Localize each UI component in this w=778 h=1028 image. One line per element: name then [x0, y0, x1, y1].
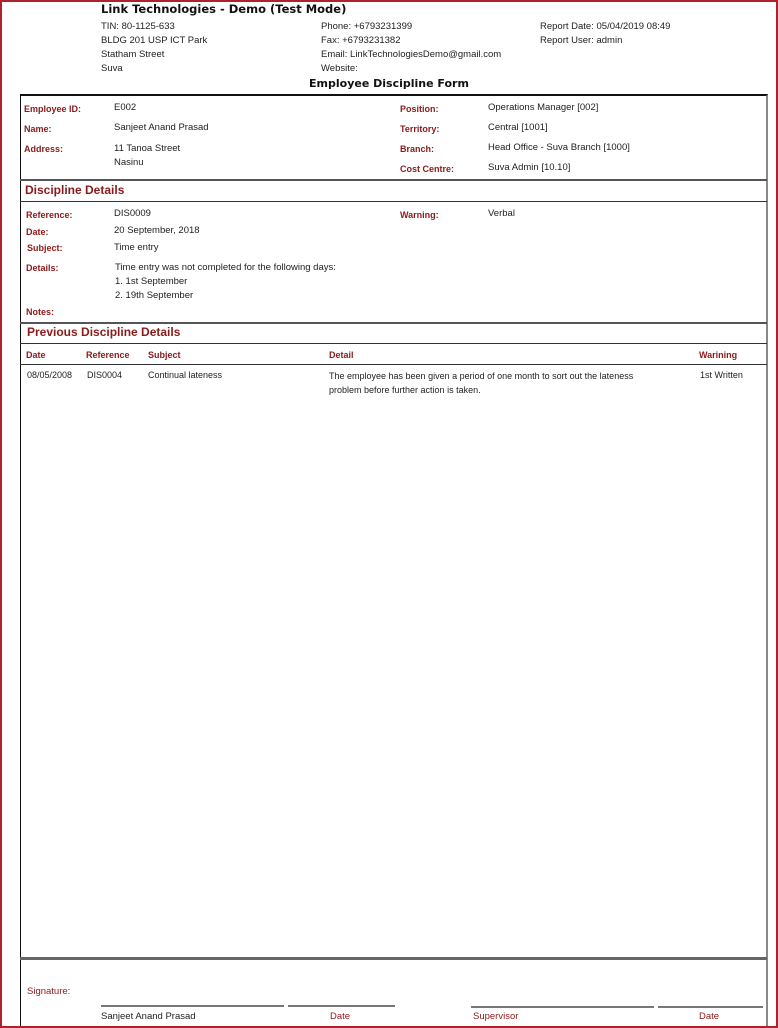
- details-line-3: 2. 19th September: [115, 290, 193, 301]
- position-value: Operations Manager [002]: [488, 102, 598, 113]
- notes-label: Notes:: [26, 307, 54, 317]
- row-date: 08/05/2008: [27, 368, 72, 382]
- date-value: 20 September, 2018: [114, 225, 200, 236]
- date-label: Date:: [26, 227, 49, 237]
- row-reference: DIS0004: [87, 368, 122, 382]
- employee-id-value: E002: [114, 102, 136, 113]
- row-detail-line-1: The employee has been given a period of …: [329, 369, 633, 383]
- subject-label: Subject:: [27, 243, 63, 253]
- employee-date-line: [288, 1005, 395, 1007]
- report-user: Report User: admin: [540, 35, 622, 46]
- company-address-1: BLDG 201 USP ICT Park: [101, 35, 207, 46]
- details-line-1: Time entry was not completed for the fol…: [115, 262, 336, 273]
- report-date: Report Date: 05/04/2019 08:49: [540, 21, 670, 32]
- company-website: Website:: [321, 63, 358, 74]
- divider: [20, 201, 767, 202]
- column-header-detail: Detail: [329, 350, 354, 360]
- divider: [20, 322, 767, 324]
- company-address-2: Statham Street: [101, 49, 164, 60]
- divider: [20, 364, 767, 365]
- details-label: Details:: [26, 263, 59, 273]
- employee-id-label: Employee ID:: [24, 104, 81, 114]
- branch-label: Branch:: [400, 144, 434, 154]
- divider: [20, 343, 767, 344]
- branch-value: Head Office - Suva Branch [1000]: [488, 142, 630, 153]
- name-label: Name:: [24, 124, 52, 134]
- previous-section-title: Previous Discipline Details: [27, 325, 180, 339]
- form-title: Employee Discipline Form: [0, 77, 778, 90]
- company-tin: TIN: 80-1125-633: [101, 21, 175, 32]
- column-header-subject: Subject: [148, 350, 181, 360]
- row-detail-line-2: problem before further action is taken.: [329, 383, 481, 397]
- divider: [20, 179, 767, 181]
- supervisor-caption: Supervisor: [473, 1011, 518, 1022]
- address-line-1: 11 Tanoa Street: [114, 143, 180, 154]
- address-label: Address:: [24, 144, 63, 154]
- details-line-2: 1. 1st September: [115, 276, 187, 287]
- reference-label: Reference:: [26, 210, 73, 220]
- discipline-section-title: Discipline Details: [25, 183, 124, 197]
- company-name: Link Technologies - Demo (Test Mode): [101, 2, 346, 16]
- supervisor-signature-line: [471, 1006, 654, 1008]
- signature-label: Signature:: [27, 986, 70, 997]
- column-header-warning: Warining: [699, 350, 737, 360]
- name-value: Sanjeet Anand Prasad: [114, 122, 209, 133]
- column-header-reference: Reference: [86, 350, 130, 360]
- column-header-date: Date: [26, 350, 46, 360]
- territory-value: Central [1001]: [488, 122, 548, 133]
- position-label: Position:: [400, 104, 439, 114]
- row-subject: Continual lateness: [148, 368, 222, 382]
- company-city: Suva: [101, 63, 123, 74]
- cost-centre-label: Cost Centre:: [400, 164, 454, 174]
- address-line-2: Nasinu: [114, 157, 144, 168]
- company-email: Email: LinkTechnologiesDemo@gmail.com: [321, 49, 501, 60]
- supervisor-date-line: [658, 1006, 763, 1008]
- subject-value: Time entry: [114, 242, 159, 253]
- divider: [20, 957, 767, 960]
- company-fax: Fax: +6793231382: [321, 35, 401, 46]
- employee-signature-line: [101, 1005, 284, 1007]
- employee-signature-name: Sanjeet Anand Prasad: [101, 1011, 196, 1022]
- company-phone: Phone: +6793231399: [321, 21, 412, 32]
- warning-value: Verbal: [488, 208, 515, 219]
- employee-date-caption: Date: [330, 1011, 350, 1022]
- territory-label: Territory:: [400, 124, 439, 134]
- supervisor-date-caption: Date: [699, 1011, 719, 1022]
- warning-label: Warning:: [400, 210, 439, 220]
- reference-value: DIS0009: [114, 208, 151, 219]
- cost-centre-value: Suva Admin [10.10]: [488, 162, 570, 173]
- row-warning: 1st Written: [700, 368, 743, 382]
